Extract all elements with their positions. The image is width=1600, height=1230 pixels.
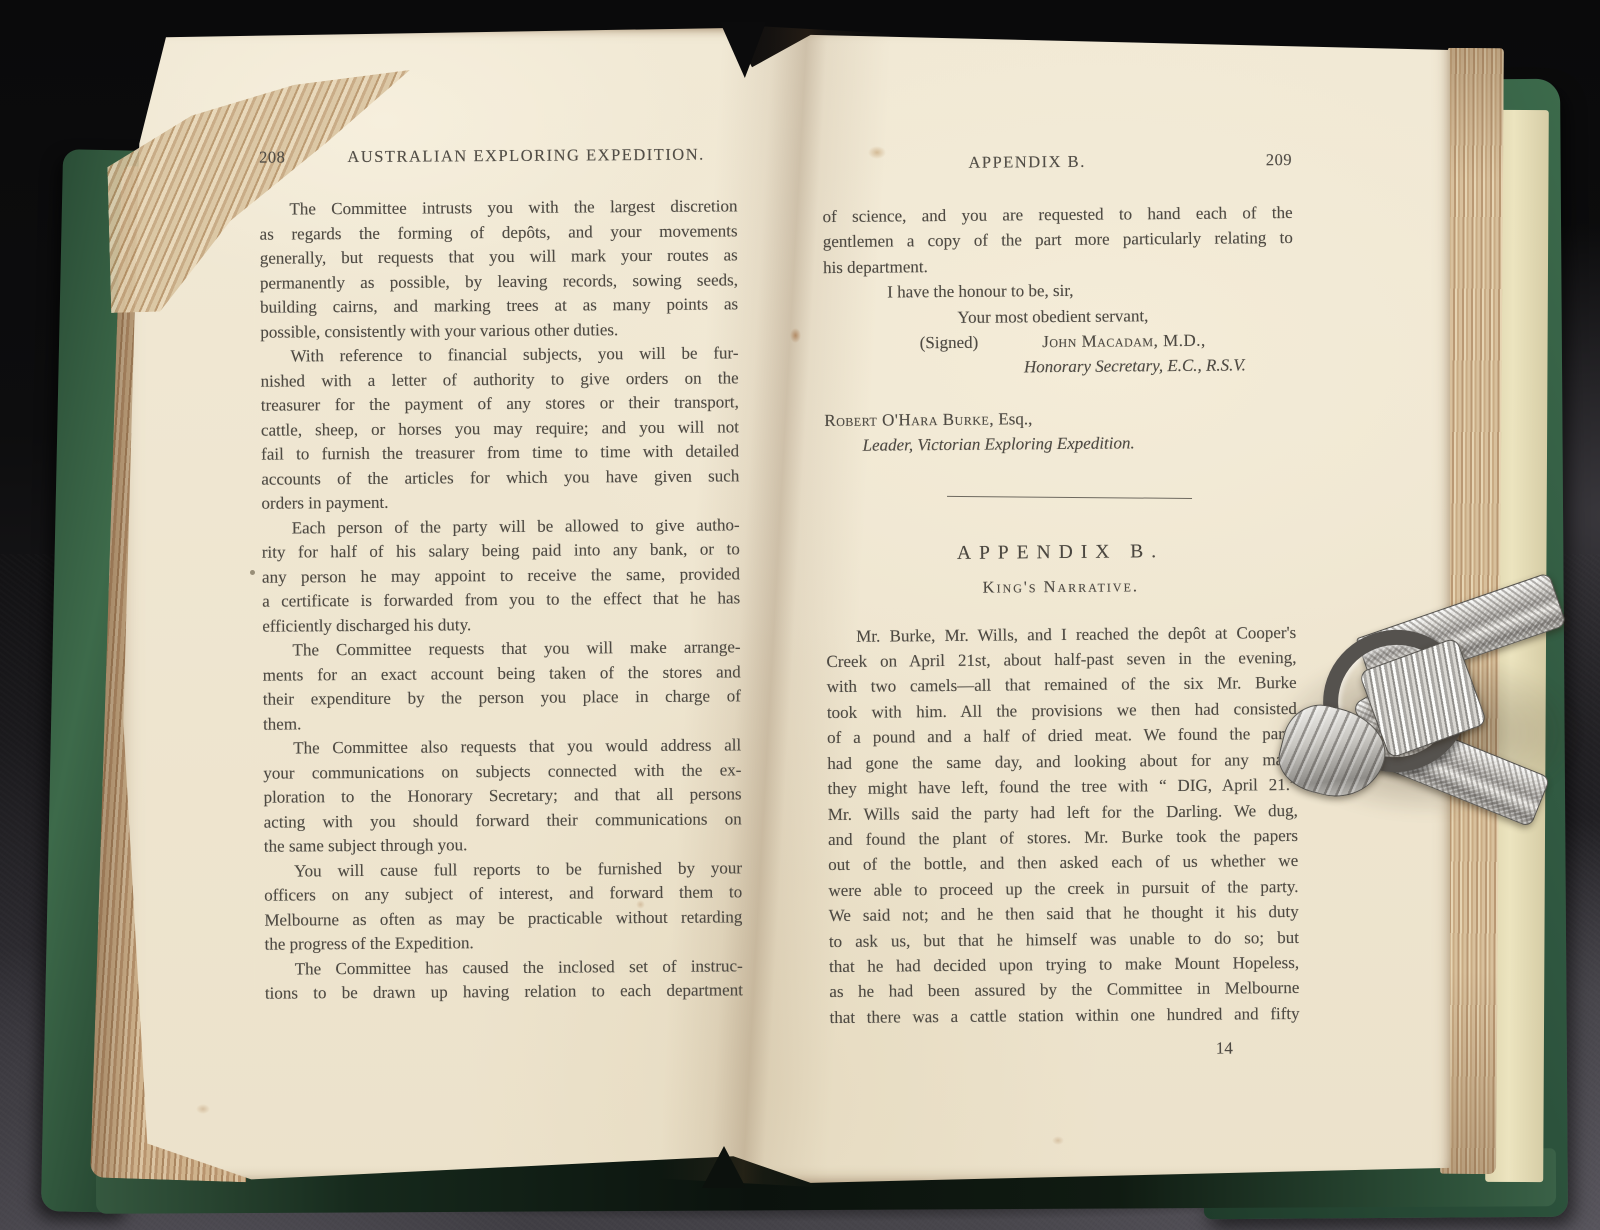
text-line: as regards the forming of depôts, and yo… [260, 219, 738, 247]
foxing-spot [250, 570, 255, 575]
page-number-right: 209 [1266, 150, 1292, 170]
narrative-body: Mr. Burke, Mr. Wills, and I reached the … [826, 620, 1300, 1031]
text-line: generally, but requests that you will ma… [260, 243, 738, 271]
text-line: ments for an exact account being taken o… [263, 660, 741, 688]
left-page-body: The Committee intrusts you with the larg… [259, 194, 743, 1006]
text-line: officers on any subject of interest, and… [264, 880, 742, 908]
right-running-head: APPENDIX B. 209 [822, 150, 1292, 178]
left-running-head: 208 AUSTRALIAN EXPLORING EXPEDITION. [259, 144, 737, 171]
text-line: a certificate is forwarded from you to t… [262, 586, 740, 614]
text-line: as he had been assured by the Committee … [829, 975, 1299, 1005]
text-line: that there was a cattle station within o… [829, 1001, 1299, 1031]
appendix-heading: APPENDIX B. [825, 540, 1295, 566]
text-line: of a pound and a half of dried meat. We … [827, 721, 1297, 751]
appendix-subheading: King's Narrative. [826, 575, 1296, 599]
text-line: tions to be drawn up having relation to … [265, 978, 743, 1006]
silver-page-clip [1265, 582, 1600, 847]
signatory-name: John Macadam, M.D., [1042, 328, 1206, 355]
text-line: Each person of the party will be allowed… [262, 513, 740, 541]
right-page: APPENDIX B. 209 of science, and you are … [822, 150, 1300, 1064]
text-line: they might have left, found the tree wit… [827, 772, 1297, 802]
text-line: with two camels—all that remained of the… [827, 670, 1297, 700]
text-line: acting with you should forward their com… [264, 807, 742, 835]
running-title-right: APPENDIX B. [822, 150, 1232, 174]
text-line: permanently as possible, by leaving reco… [260, 268, 738, 296]
text-line: rity for half of his salary being paid i… [262, 537, 740, 565]
foxing-spot [790, 328, 801, 343]
signatory-title: Honorary Secretary, E.C., R.S.V. [824, 352, 1294, 382]
text-line: treasurer for the payment of any stores … [261, 390, 739, 418]
text-line: The Committee requests that you will mak… [262, 635, 740, 663]
text-line: gentlemen a copy of the part more partic… [823, 225, 1293, 255]
page-number-left: 208 [259, 147, 315, 167]
right-page-intro: of science, and you are requested to han… [822, 200, 1293, 280]
running-title-left: AUSTRALIAN EXPLORING EXPEDITION. [315, 144, 737, 167]
signed-label: (Signed) [824, 330, 979, 357]
text-line: The Committee intrusts you with the larg… [259, 194, 737, 222]
text-line: fail to furnish the treasurer from time … [261, 439, 739, 467]
text-line: your communications on subjects connecte… [263, 758, 741, 786]
text-line: the progress of the Expedition. [264, 929, 742, 957]
text-line: cattle, sheep, or horses you may require… [261, 415, 739, 443]
text-line: out of the bottle, and then asked each o… [828, 848, 1298, 878]
book-photo: 208 AUSTRALIAN EXPLORING EXPEDITION. The… [0, 0, 1600, 1230]
text-line: Melbourne as often as may be practicable… [264, 905, 742, 933]
text-line: them. [263, 709, 741, 737]
text-line: orders in payment. [261, 488, 739, 516]
text-line: ploration to the Honorary Secretary; and… [263, 782, 741, 810]
text-line: The Committee has caused the inclosed se… [265, 954, 743, 982]
text-line: the same subject through you. [264, 831, 742, 859]
left-page: 208 AUSTRALIAN EXPLORING EXPEDITION. The… [259, 144, 743, 1006]
text-line: We said not; and he then said that he th… [829, 899, 1299, 929]
text-line: nished with a letter of authority to giv… [261, 366, 739, 394]
foxing-spot [1052, 1136, 1064, 1145]
text-line: any person he may appoint to receive the… [262, 562, 740, 590]
addressee-suffix: Esq., [994, 409, 1032, 428]
text-line: possible, consistently with your various… [260, 317, 738, 345]
addressee-name: Robert O'Hara Burke, [824, 409, 994, 429]
text-line: efficiently discharged his duty. [262, 611, 740, 639]
text-line: The Committee also requests that you wou… [263, 733, 741, 761]
text-line: building cairns, and marking trees at as… [260, 292, 738, 320]
signature-mark: 14 [830, 1035, 1300, 1064]
addressee-title: Leader, Victorian Exploring Expedition. [824, 429, 1294, 459]
section-divider-rule [947, 496, 1192, 499]
text-line: You will cause full reports to be furnis… [264, 856, 742, 884]
text-line: accounts of the articles for which you h… [261, 464, 739, 492]
foxing-spot [196, 1104, 210, 1114]
text-line: With reference to financial subjects, yo… [260, 341, 738, 369]
text-line: their expenditure by the person you plac… [263, 684, 741, 712]
text-line: Mr. Wills said the party had left for th… [828, 797, 1298, 827]
